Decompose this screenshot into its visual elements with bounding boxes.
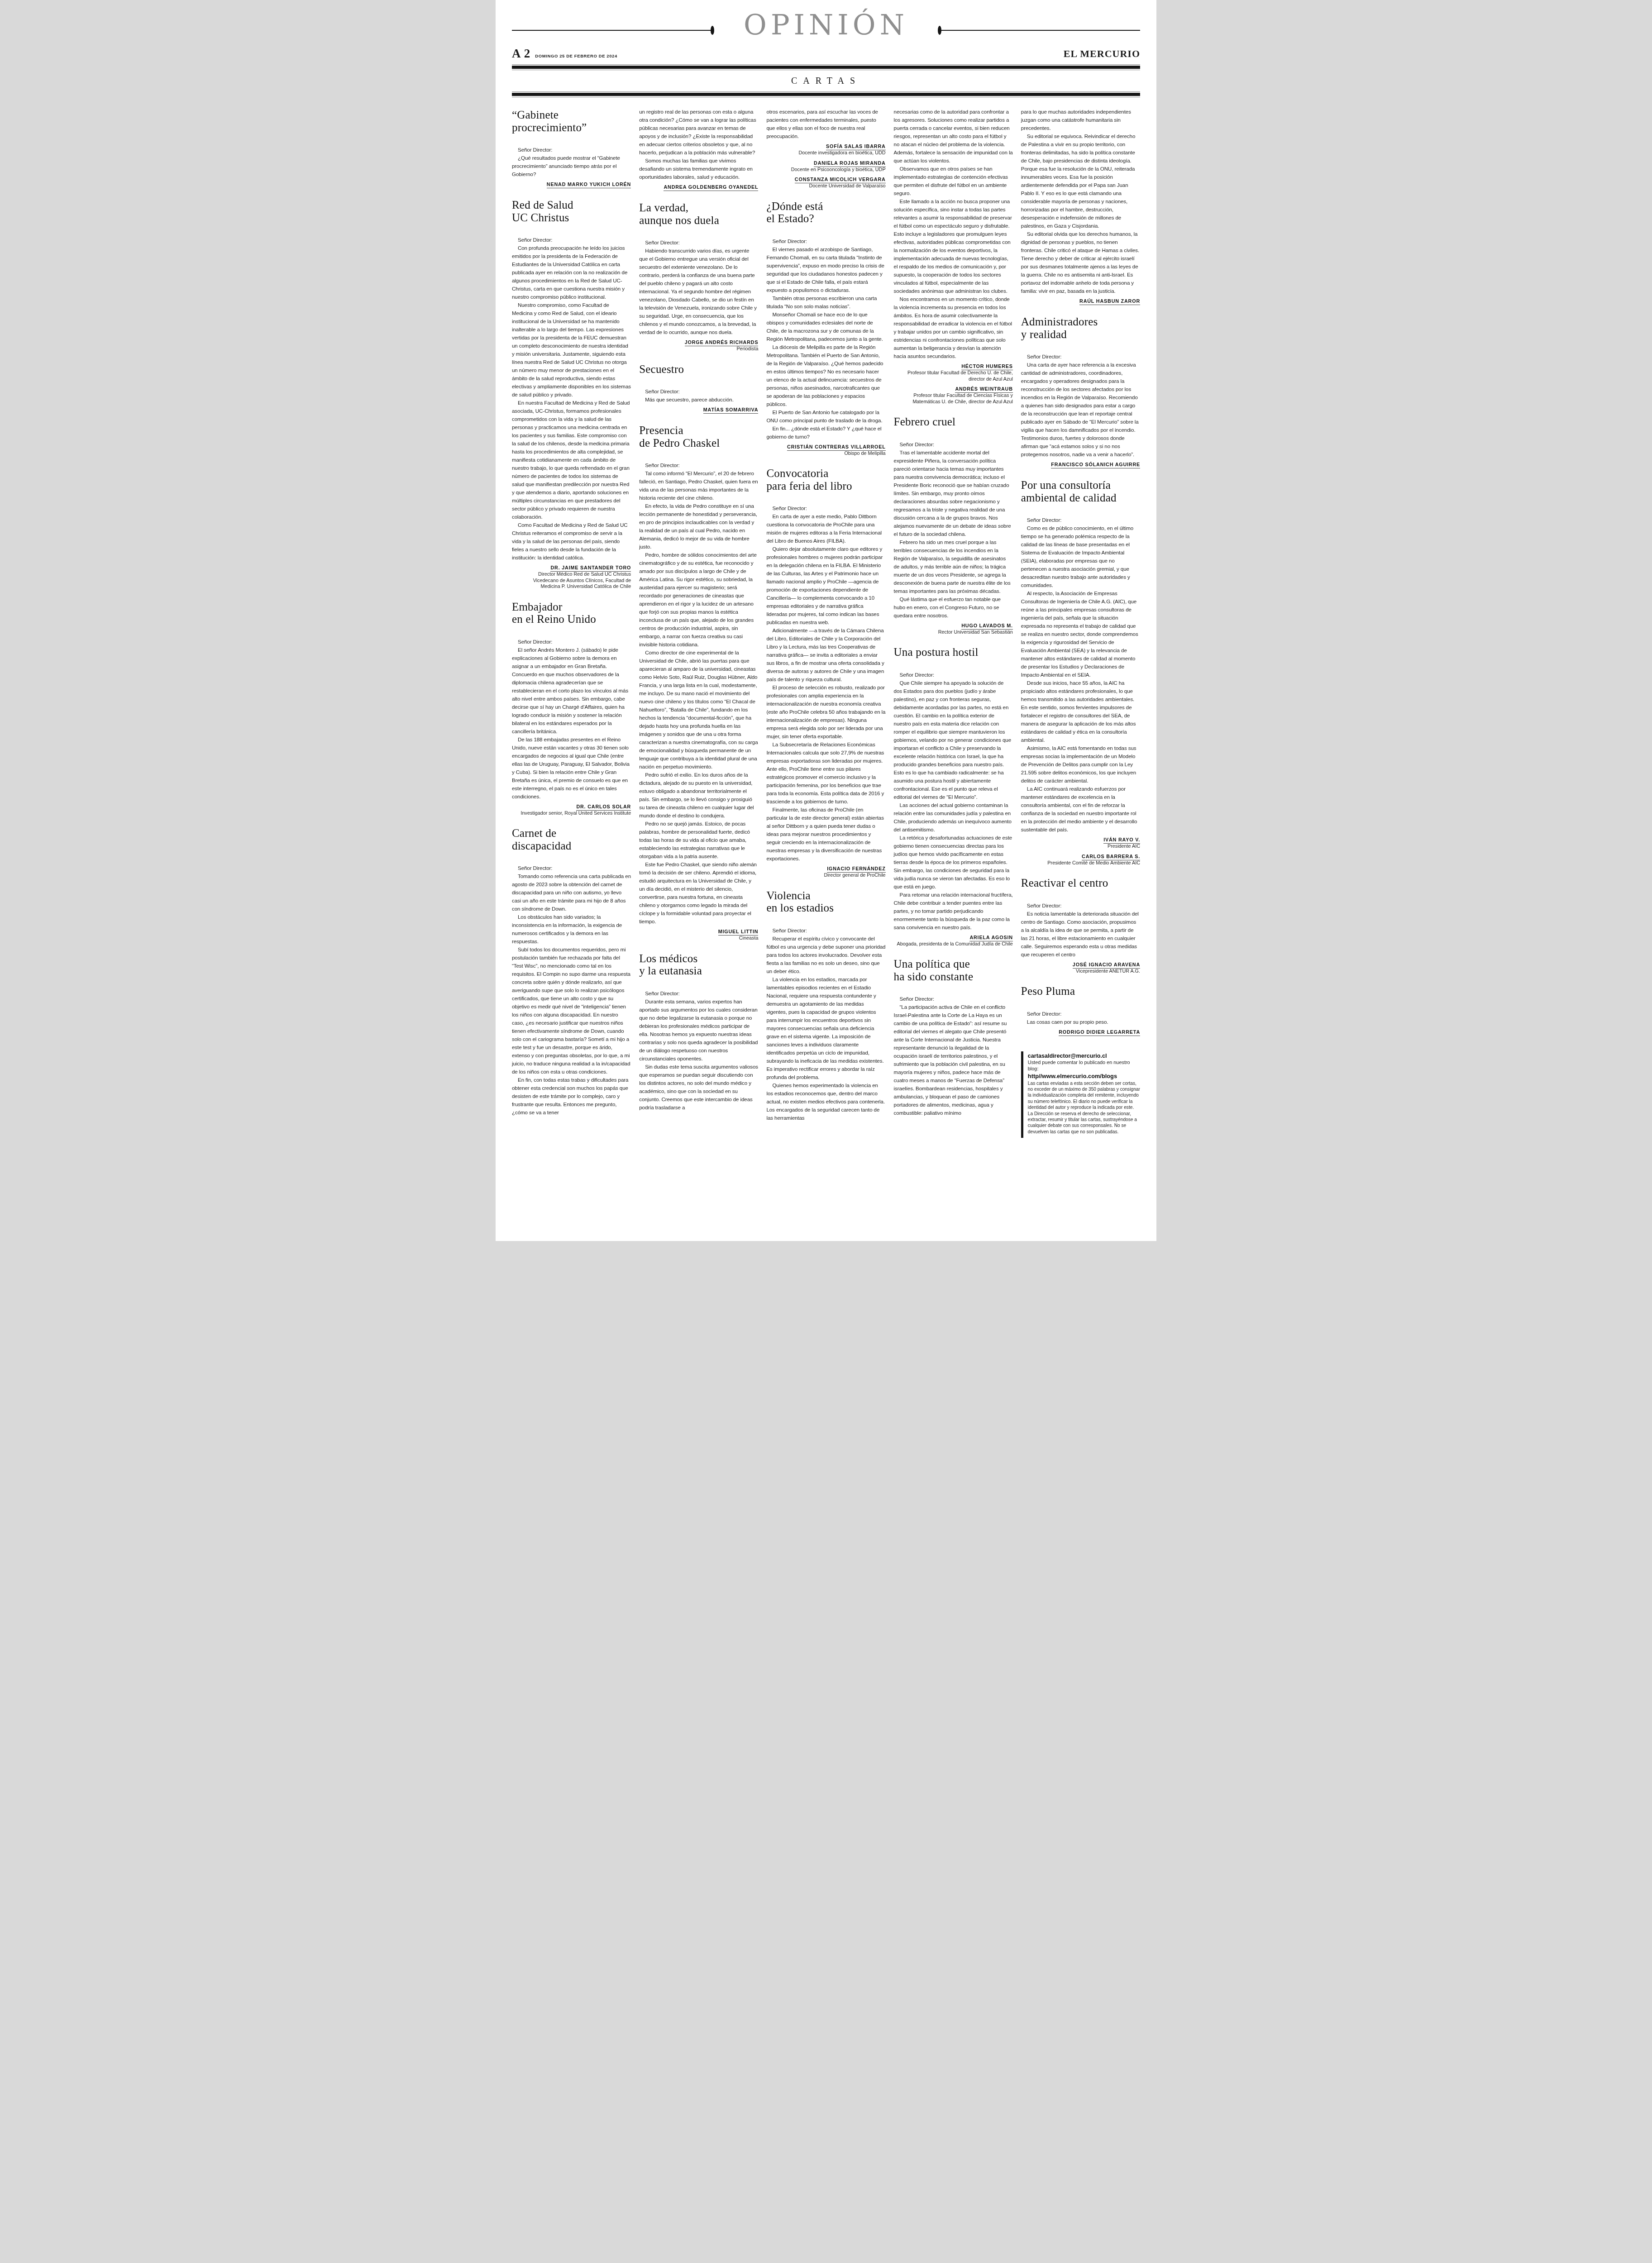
column-3: otros escenarios, para así escuchar las … bbox=[766, 108, 885, 1122]
signature: MIGUEL LITTINCineasta bbox=[639, 927, 758, 942]
letter-paragraph: Su editorial olvida que los derechos hum… bbox=[1021, 230, 1140, 296]
letter-paragraph: Pedro sufrió el exilio. En los duros año… bbox=[639, 771, 758, 820]
letter-paragraph: Observamos que en otros países se han im… bbox=[894, 165, 1013, 198]
signature-name: SOFÍA SALAS IBARRA bbox=[826, 144, 886, 150]
letter-paragraph: Para retomar una relación internacional … bbox=[894, 891, 1013, 932]
letter-paragraph: Señor Director: bbox=[766, 927, 885, 935]
column-4: necesarias como de la autoridad para con… bbox=[894, 108, 1013, 1117]
signature-role: Investigador senior, Royal United Servic… bbox=[512, 811, 631, 817]
letter-paragraph: Señor Director: bbox=[512, 864, 631, 873]
letter-paragraph: La violencia en los estadios, marcada po… bbox=[766, 976, 885, 1082]
letter-paragraph: Este fue Pedro Chaskel, que siendo niño … bbox=[639, 861, 758, 926]
letter-paragraph: En nuestra Facultad de Medicina y Red de… bbox=[512, 399, 631, 521]
signature-role: Rector Universidad San Sebastián bbox=[894, 630, 1013, 636]
letter-paragraph: Este llamado a la acción no busca propon… bbox=[894, 198, 1013, 296]
signature-role: Presidente AIC bbox=[1021, 844, 1140, 850]
signature: FRANCISCO SÓLANICH AGUIRRE bbox=[1021, 460, 1140, 468]
rule-ornament-left-icon bbox=[711, 26, 714, 35]
signature: HUGO LAVADOS M.Rector Universidad San Se… bbox=[894, 621, 1013, 636]
letter-paragraph: Señor Director: bbox=[639, 239, 758, 247]
letter-paragraph: Señor Director: bbox=[766, 238, 885, 246]
signature-name: FRANCISCO SÓLANICH AGUIRRE bbox=[1051, 462, 1140, 468]
letter-paragraph: Qué lástima que el esfuerzo tan notable … bbox=[894, 596, 1013, 620]
letter-paragraph: Quiero dejar absolutamente claro que edi… bbox=[766, 545, 885, 627]
newspaper-masthead: EL MERCURIO bbox=[1064, 48, 1140, 60]
letter-paragraph: Nos encontramos en un momento crítico, d… bbox=[894, 296, 1013, 361]
letters-footer-box: cartasaldirector@mercurio.clUsted puede … bbox=[1021, 1051, 1140, 1138]
letter-paragraph: Al respecto, la Asociación de Empresas C… bbox=[1021, 590, 1140, 679]
signature: ANDREA GOLDENBERG OYANEDEL bbox=[639, 183, 758, 191]
letter-paragraph: Señor Director: bbox=[1021, 902, 1140, 910]
newspaper-page: OPINIÓN A 2 DOMINGO 25 DE FEBRERO DE 202… bbox=[496, 0, 1156, 1241]
signature: CONSTANZA MICOLICH VERGARADocente Univer… bbox=[766, 175, 885, 190]
letter-paragraph: Febrero ha sido un mes cruel porque a la… bbox=[894, 539, 1013, 596]
signature: DANIELA ROJAS MIRANDADocente en Psicoonc… bbox=[766, 159, 885, 173]
signature-name: HUGO LAVADOS M. bbox=[961, 623, 1013, 630]
signature-role: Profesor titular Facultad de Ciencias Fí… bbox=[894, 393, 1013, 405]
letter-headline: La verdad, aunque nos duela bbox=[639, 202, 758, 227]
signature-role: Vicepresidente ANETUR A.G. bbox=[1021, 969, 1140, 975]
signature-name: NENAD MARKO YUKICH LORÉN bbox=[547, 182, 631, 188]
letter-headline: Violencia en los estadios bbox=[766, 890, 885, 915]
letter-headline: Los médicos y la eutanasia bbox=[639, 953, 758, 978]
signature-name: ANDRÉS WEINTRAUB bbox=[955, 387, 1012, 393]
letter-paragraph: Nuestro compromiso, como Facultad de Med… bbox=[512, 301, 631, 399]
letters-columns: “Gabinete procrecimiento”Señor Director:… bbox=[512, 108, 1140, 1138]
signature-name: IGNACIO FERNÁNDEZ bbox=[827, 866, 885, 873]
letter-paragraph: Finalmente, las oficinas de ProChile (en… bbox=[766, 806, 885, 863]
page-header: OPINIÓN A 2 DOMINGO 25 DE FEBRERO DE 202… bbox=[512, 12, 1140, 97]
letter-paragraph: Pedro no se quejó jamás. Estoico, de poc… bbox=[639, 820, 758, 861]
letter-paragraph: Señor Director: bbox=[1021, 516, 1140, 525]
signature: ARIELA AGOSINAbogada, presidenta de la C… bbox=[894, 933, 1013, 948]
signature: DR. CARLOS SOLARInvestigador senior, Roy… bbox=[512, 802, 631, 817]
signature: NENAD MARKO YUKICH LORÉN bbox=[512, 180, 631, 188]
letter-paragraph: un registro real de las personas con est… bbox=[639, 108, 758, 157]
letter-paragraph: Durante esta semana, varios expertos han… bbox=[639, 998, 758, 1063]
signature: IGNACIO FERNÁNDEZDirector general de Pro… bbox=[766, 864, 885, 879]
letter-paragraph: Sin dudas este tema suscita argumentos v… bbox=[639, 1063, 758, 1112]
letter-paragraph: Tal como informó “El Mercurio”, el 20 de… bbox=[639, 470, 758, 502]
letter-paragraph: ¿Qué resultados puede mostrar el “Gabine… bbox=[512, 154, 631, 179]
letter-paragraph: La retórica y desafortunadas actuaciones… bbox=[894, 834, 1013, 891]
letter-paragraph: Adicionalmente —a través de la Cámara Ch… bbox=[766, 627, 885, 684]
page-label-row: A 2 DOMINGO 25 DE FEBRERO DE 2024 bbox=[512, 47, 617, 61]
letter-headline: Presencia de Pedro Chaskel bbox=[639, 425, 758, 449]
letter-paragraph: Como director de cine experimental de la… bbox=[639, 649, 758, 771]
letter-paragraph: Señor Director: bbox=[894, 441, 1013, 449]
letter-paragraph: para lo que muchas autoridades independi… bbox=[1021, 108, 1140, 133]
rule-ornament-right-icon bbox=[938, 26, 941, 35]
letter-headline: Febrero cruel bbox=[894, 416, 1013, 429]
signature: JOSÉ IGNACIO ARAVENAVicepresidente ANETU… bbox=[1021, 960, 1140, 975]
letter-headline: Embajador en el Reino Unido bbox=[512, 601, 631, 626]
letter-paragraph: Señor Director: bbox=[1021, 353, 1140, 361]
signature-name: RAÚL HASBUN ZAROR bbox=[1079, 299, 1140, 305]
signature-role: Docente investigadora en bioética, UDD bbox=[766, 150, 885, 157]
letter-paragraph: Tras el lamentable accidente mortal del … bbox=[894, 449, 1013, 539]
letter-paragraph: Como Facultad de Medicina y Red de Salud… bbox=[512, 521, 631, 562]
signature: HÉCTOR HUMERESProfesor titular Facultad … bbox=[894, 362, 1013, 382]
letter-headline: “Gabinete procrecimiento” bbox=[512, 109, 631, 134]
signature-role: Presidente Comité de Medio Ambiente AIC bbox=[1021, 860, 1140, 867]
signature-role: Profesor titular Facultad de Derecho U. … bbox=[894, 370, 1013, 382]
signature-role: Abogada, presidenta de la Comunidad Judí… bbox=[894, 941, 1013, 948]
letter-paragraph: Señor Director: bbox=[1021, 1010, 1140, 1018]
signature-role: Docente Universidad de Valparaíso bbox=[766, 183, 885, 190]
letter-headline: Reactivar el centro bbox=[1021, 877, 1140, 890]
signature-name: ARIELA AGOSIN bbox=[969, 935, 1012, 941]
letter-paragraph: Señor Director: bbox=[894, 995, 1013, 1003]
letter-paragraph: La diócesis de Melipilla es parte de la … bbox=[766, 344, 885, 409]
signature-name: RODRIGO DIDIER LEGARRETA bbox=[1059, 1030, 1140, 1036]
letter-paragraph: “La participación activa de Chile en el … bbox=[894, 1003, 1013, 1117]
signature-role: Cineasta bbox=[639, 936, 758, 942]
letters-policy-text: Las cartas enviadas a esta sección deben… bbox=[1028, 1081, 1140, 1136]
letter-paragraph: otros escenarios, para así escuchar las … bbox=[766, 108, 885, 141]
letter-paragraph: El Puerto de San Antonio fue catalogado … bbox=[766, 409, 885, 425]
blog-note: Usted puede comentar lo publicado en nue… bbox=[1028, 1060, 1140, 1072]
letter-paragraph: Las acciones del actual gobierno contami… bbox=[894, 802, 1013, 834]
letter-headline: Carnet de discapacidad bbox=[512, 827, 631, 852]
letter-paragraph: Señor Director: bbox=[639, 388, 758, 396]
signature-name: DANIELA ROJAS MIRANDA bbox=[814, 161, 886, 167]
letter-paragraph: Más que secuestro, parece abducción. bbox=[639, 396, 758, 404]
signature: RODRIGO DIDIER LEGARRETA bbox=[1021, 1028, 1140, 1036]
signature-name: JORGE ANDRÉS RICHARDS bbox=[685, 340, 759, 346]
letter-paragraph: Desde sus inicios, hace 55 años, la AIC … bbox=[1021, 679, 1140, 745]
letter-paragraph: Señor Director: bbox=[512, 146, 631, 154]
letter-paragraph: Una carta de ayer hace referencia a la e… bbox=[1021, 361, 1140, 459]
letter-headline: Una postura hostil bbox=[894, 646, 1013, 659]
letter-headline: Red de Salud UC Christus bbox=[512, 199, 631, 224]
letter-paragraph: Como es de público conocimiento, en el ú… bbox=[1021, 525, 1140, 590]
letter-headline: ¿Dónde está el Estado? bbox=[766, 201, 885, 225]
signature: ANDRÉS WEINTRAUBProfesor titular Faculta… bbox=[894, 385, 1013, 405]
letter-paragraph: En fin... ¿dónde está el Estado? Y ¿qué … bbox=[766, 425, 885, 441]
signature: DR. JAIME SANTANDER TORODirector Médico … bbox=[512, 563, 631, 590]
letter-paragraph: El proceso de selección es robusto, real… bbox=[766, 684, 885, 741]
column-5: para lo que muchas autoridades independi… bbox=[1021, 108, 1140, 1138]
letter-paragraph: Señor Director: bbox=[639, 990, 758, 998]
signature-role: Periodista bbox=[639, 346, 758, 353]
letter-headline: Una política que ha sido constante bbox=[894, 958, 1013, 983]
signature-name: CARLOS BARRERA S. bbox=[1082, 854, 1140, 860]
letter-headline: Convocatoria para feria del libro bbox=[766, 468, 885, 492]
letter-paragraph: También otras personas escribieron una c… bbox=[766, 295, 885, 311]
cartas-section-title: CARTAS bbox=[512, 76, 1140, 86]
letter-paragraph: Los obstáculos han sido variados; la inc… bbox=[512, 913, 631, 946]
letter-paragraph: Las cosas caen por su propio peso. bbox=[1021, 1018, 1140, 1026]
header-rule-left bbox=[512, 30, 713, 31]
letter-paragraph: En carta de ayer a este medio, Pablo Dit… bbox=[766, 513, 885, 545]
signature-name: HÉCTOR HUMERES bbox=[961, 364, 1013, 370]
letter-paragraph: Señor Director: bbox=[894, 671, 1013, 679]
signature-name: CONSTANZA MICOLICH VERGARA bbox=[795, 177, 886, 183]
signature: CRISTIÁN CONTRERAS VILLARROELObispo de M… bbox=[766, 443, 885, 457]
section-title: OPINIÓN bbox=[744, 10, 908, 40]
letter-paragraph: Con profunda preocupación he leído los j… bbox=[512, 244, 631, 301]
letter-paragraph: Es noticia lamentable la deteriorada sit… bbox=[1021, 910, 1140, 959]
blog-url[interactable]: http//www.elmercurio.com/blogs bbox=[1028, 1072, 1140, 1080]
signature-name: DR. CARLOS SOLAR bbox=[576, 804, 631, 811]
letter-paragraph: Tomando como referencia una carta public… bbox=[512, 873, 631, 913]
signature-name: ANDREA GOLDENBERG OYANEDEL bbox=[664, 185, 758, 191]
letter-paragraph: Que Chile siempre ha apoyado la solución… bbox=[894, 679, 1013, 802]
signature-role: Obispo de Melipilla bbox=[766, 451, 885, 457]
letter-paragraph: La AIC continuará realizando esfuerzos p… bbox=[1021, 785, 1140, 834]
signature-role: Director general de ProChile bbox=[766, 873, 885, 879]
letter-paragraph: El viernes pasado el arzobispo de Santia… bbox=[766, 246, 885, 295]
signature-name: CRISTIÁN CONTRERAS VILLARROEL bbox=[787, 444, 886, 451]
header-rule-right bbox=[939, 30, 1140, 31]
letter-paragraph: La Subsecretaría de Relaciones Económica… bbox=[766, 741, 885, 806]
signature-name: DR. JAIME SANTANDER TORO bbox=[550, 565, 631, 572]
divider-band-bottom bbox=[512, 91, 1140, 97]
letter-paragraph: Subí todos los documentos requeridos, pe… bbox=[512, 946, 631, 1076]
letter-paragraph: Recuperar el espíritu cívico y convocant… bbox=[766, 935, 885, 976]
divider-band-top bbox=[512, 64, 1140, 70]
letter-paragraph: Pedro, hombre de sólidos conocimientos d… bbox=[639, 551, 758, 649]
letter-paragraph: En fin, con todas estas trabas y dificul… bbox=[512, 1076, 631, 1117]
signature-name: IVÁN RAYO V. bbox=[1103, 837, 1140, 844]
masthead-row: OPINIÓN A 2 DOMINGO 25 DE FEBRERO DE 202… bbox=[512, 12, 1140, 61]
letters-email-address[interactable]: cartasaldirector@mercurio.cl bbox=[1028, 1052, 1140, 1060]
letter-paragraph: De las 188 embajadas presentes en el Rei… bbox=[512, 736, 631, 801]
signature: JORGE ANDRÉS RICHARDSPeriodista bbox=[639, 338, 758, 353]
letter-headline: Administradores y realidad bbox=[1021, 316, 1140, 341]
letter-paragraph: Señor Director: bbox=[512, 236, 631, 244]
letter-paragraph: Su editorial se equivoca. Reivindicar el… bbox=[1021, 133, 1140, 230]
letter-paragraph: Señor Director: bbox=[766, 505, 885, 513]
letter-paragraph: El señor Andrés Montero J. (sábado) le p… bbox=[512, 646, 631, 736]
letter-paragraph: Somos muchas las familias que vivimos de… bbox=[639, 157, 758, 181]
signature: MATÍAS SOMARRIVA bbox=[639, 406, 758, 414]
column-2: un registro real de las personas con est… bbox=[639, 108, 758, 1112]
signature: CARLOS BARRERA S.Presidente Comité de Me… bbox=[1021, 852, 1140, 867]
letter-headline: Por una consultoría ambiental de calidad bbox=[1021, 479, 1140, 504]
letter-paragraph: Señor Director: bbox=[512, 638, 631, 646]
column-1: “Gabinete procrecimiento”Señor Director:… bbox=[512, 108, 631, 1117]
signature: RAÚL HASBUN ZAROR bbox=[1021, 297, 1140, 305]
letter-paragraph: En efecto, la vida de Pedro constituye e… bbox=[639, 502, 758, 551]
letter-paragraph: Habiendo transcurrido varios días, es ur… bbox=[639, 247, 758, 337]
signature: IVÁN RAYO V.Presidente AIC bbox=[1021, 835, 1140, 850]
signature-name: JOSÉ IGNACIO ARAVENA bbox=[1073, 962, 1140, 969]
page-number: A 2 bbox=[512, 47, 530, 61]
signature-name: MATÍAS SOMARRIVA bbox=[703, 407, 759, 414]
letter-paragraph: Señor Director: bbox=[639, 462, 758, 470]
signature-name: MIGUEL LITTIN bbox=[718, 929, 759, 936]
signature-role: Docente en Psicooncología y bioética, UD… bbox=[766, 167, 885, 173]
letter-headline: Secuestro bbox=[639, 363, 758, 376]
signature: SOFÍA SALAS IBARRADocente investigadora … bbox=[766, 142, 885, 157]
letter-paragraph: Monseñor Chomali se hace eco de lo que o… bbox=[766, 311, 885, 344]
letter-paragraph: necesarias como de la autoridad para con… bbox=[894, 108, 1013, 165]
letter-paragraph: Quienes hemos experimentado la violencia… bbox=[766, 1082, 885, 1122]
edition-date: DOMINGO 25 DE FEBRERO DE 2024 bbox=[535, 54, 617, 59]
letter-paragraph: Asimismo, la AIC está fomentando en toda… bbox=[1021, 745, 1140, 785]
letter-headline: Peso Pluma bbox=[1021, 985, 1140, 998]
signature-role: Director Médico Red de Salud UC Christus… bbox=[512, 572, 631, 590]
